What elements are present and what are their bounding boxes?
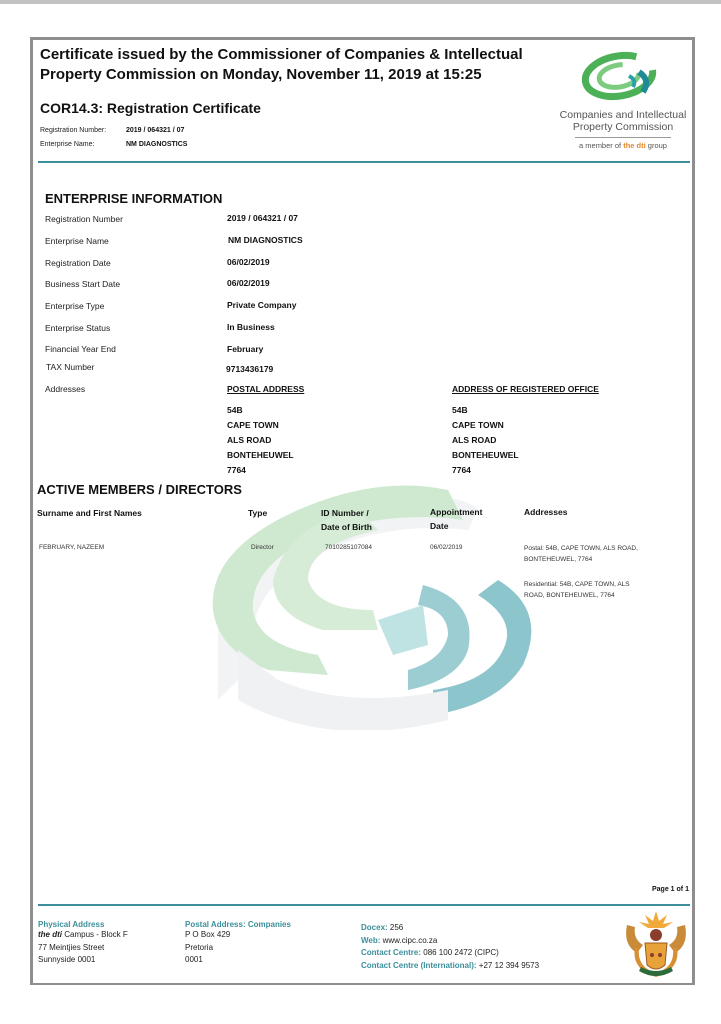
col-header-appt-line2: Date [430, 519, 482, 533]
meta-name-label: Enterprise Name: [40, 141, 94, 148]
contact-centre-label: Contact Centre: [361, 948, 421, 957]
field-value: 9713436179 [226, 364, 273, 374]
col-header-id-line2: Date of Birth [321, 520, 372, 534]
web-label: Web: [361, 936, 380, 945]
address-line: Postal: 54B, CAPE TOWN, ALS ROAD, [524, 543, 638, 554]
col-header-type: Type [248, 506, 267, 520]
meta-reg-label: Registration Number: [40, 127, 106, 134]
address-line: BONTEHEUWEL, 7764 [524, 554, 638, 565]
col-header-addresses: Addresses [524, 505, 567, 519]
page-number: Page 1 of 1 [652, 886, 689, 893]
address-line: 7764 [227, 463, 294, 478]
physical-line1: Campus - Block F [62, 930, 128, 939]
field-label: Enterprise Status [45, 323, 110, 333]
address-line: 54B [452, 403, 519, 418]
contact-centre-value: 086 100 2472 (CIPC) [421, 948, 499, 957]
field-value: 06/02/2019 [227, 278, 270, 288]
field-value: 2019 / 064321 / 07 [227, 213, 298, 223]
field-value: Private Company [227, 300, 296, 310]
field-value: February [227, 344, 263, 354]
certificate-subtitle: COR14.3: Registration Certificate [40, 100, 261, 116]
postal-address-heading-footer: Postal Address: Companies [185, 920, 291, 929]
field-label: Business Start Date [45, 279, 120, 289]
address-line: CAPE TOWN [227, 418, 294, 433]
address-line: CAPE TOWN [452, 418, 519, 433]
field-value: 06/02/2019 [227, 257, 270, 267]
header-divider [38, 161, 690, 163]
postal-line1: P O Box 429 [185, 929, 291, 942]
address-line: ALS ROAD [227, 433, 294, 448]
member-name: FEBRUARY, NAZEEM [39, 542, 104, 553]
postal-line3: 0001 [185, 954, 291, 967]
field-label: TAX Number [46, 362, 95, 372]
col-header-appointment: Appointment Date [430, 505, 482, 533]
address-line: Residential: 54B, CAPE TOWN, ALS [524, 579, 630, 590]
address-line: 54B [227, 403, 294, 418]
meta-name-value: NM DIAGNOSTICS [126, 141, 187, 148]
docex-value: 256 [388, 923, 404, 932]
field-value: NM DIAGNOSTICS [228, 235, 303, 245]
address-line: BONTEHEUWEL [452, 448, 519, 463]
footer-physical-address: Physical Address the dti Campus - Block … [38, 920, 128, 967]
field-label: Enterprise Name [45, 236, 109, 246]
field-label: Registration Date [45, 258, 111, 268]
certificate-title: Certificate issued by the Commissioner o… [40, 45, 540, 85]
meta-reg-value: 2019 / 064321 / 07 [126, 127, 184, 134]
top-bar [0, 0, 721, 4]
physical-address-heading: Physical Address [38, 920, 128, 929]
certificate-page: Certificate issued by the Commissioner o… [30, 37, 695, 985]
postal-address-heading: POSTAL ADDRESS [227, 384, 304, 394]
postal-line2: Pretoria [185, 942, 291, 955]
address-line: ALS ROAD [452, 433, 519, 448]
cipc-logo-icon [581, 50, 663, 102]
member-appointment: 06/02/2019 [430, 542, 463, 553]
physical-line2: 77 Meintjies Street [38, 942, 128, 955]
field-value: In Business [227, 322, 275, 332]
footer-contact: Docex: 256 Web: www.cipc.co.za Contact C… [361, 922, 539, 972]
address-line: 7764 [452, 463, 519, 478]
address-line: BONTEHEUWEL [227, 448, 294, 463]
address-line: ROAD, BONTEHEUWEL, 7764 [524, 590, 630, 601]
member-id: 7010285107084 [325, 542, 372, 553]
field-label: Registration Number [45, 214, 123, 224]
contact-intl-label: Contact Centre (International): [361, 961, 477, 970]
field-label: Financial Year End [45, 344, 116, 354]
enterprise-heading: ENTERPRISE INFORMATION [45, 191, 222, 206]
member-residential-address: Residential: 54B, CAPE TOWN, ALS ROAD, B… [524, 579, 630, 601]
member-prefix: a member of [579, 141, 623, 150]
member-type: Director [251, 542, 274, 553]
logo-org-line1: Companies and Intellectual [553, 109, 693, 121]
physical-line3: Sunnyside 0001 [38, 954, 128, 967]
postal-address-block: 54B CAPE TOWN ALS ROAD BONTEHEUWEL 7764 [227, 403, 294, 478]
col-header-appt-line1: Appointment [430, 505, 482, 519]
addresses-label: Addresses [45, 384, 85, 394]
logo-org-line2: Property Commission [553, 121, 693, 133]
logo-divider [575, 137, 671, 138]
col-header-id: ID Number / Date of Birth [321, 506, 372, 534]
web-link[interactable]: www.cipc.co.za [380, 936, 437, 945]
logo-org-name: Companies and Intellectual Property Comm… [553, 109, 693, 133]
docex-label: Docex: [361, 923, 388, 932]
coat-of-arms-icon [621, 907, 691, 981]
col-header-id-line1: ID Number / [321, 506, 372, 520]
physical-line1-brand: the dti [38, 930, 62, 939]
footer-divider [38, 904, 690, 906]
footer-postal-address: Postal Address: Companies P O Box 429 Pr… [185, 920, 291, 967]
registered-address-heading: ADDRESS OF REGISTERED OFFICE [452, 384, 599, 394]
col-header-name: Surname and First Names [37, 506, 142, 520]
field-label: Enterprise Type [45, 301, 104, 311]
contact-intl-value: +27 12 394 9573 [477, 961, 540, 970]
members-heading: ACTIVE MEMBERS / DIRECTORS [37, 482, 242, 497]
member-postal-address: Postal: 54B, CAPE TOWN, ALS ROAD, BONTEH… [524, 543, 638, 565]
logo-member-line: a member of the dti group [553, 141, 693, 150]
member-suffix: group [646, 141, 667, 150]
member-brand: the dti [623, 141, 646, 150]
registered-address-block: 54B CAPE TOWN ALS ROAD BONTEHEUWEL 7764 [452, 403, 519, 478]
